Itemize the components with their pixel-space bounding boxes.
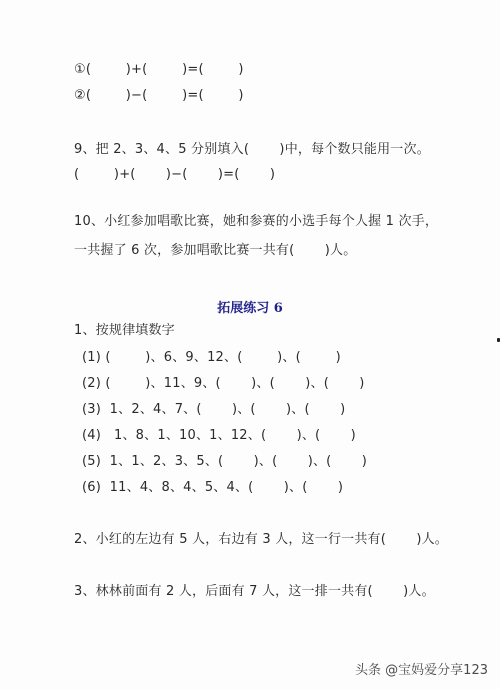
q8-subquestion-1: ①( )+( )=( )	[74, 62, 244, 78]
ex1-heading: 1、按规律填数字	[74, 323, 175, 339]
q9-equation: ( )+( )−( )=( )	[74, 167, 275, 183]
ex1-item-4: (4) 1、8、1、10、1、12、( )、( )	[82, 428, 356, 444]
watermark: 头条 @宝妈爱分享123	[355, 659, 488, 678]
q8-subquestion-2: ②( )−( )=( )	[74, 88, 244, 104]
ex1-item-3: (3) 1、2、4、7、( )、( )、( )	[82, 402, 345, 418]
section-title: 拓展练习 6	[0, 297, 500, 316]
q9-text: 9、把 2、3、4、5 分别填入( )中，每个数只能用一次。	[74, 142, 430, 158]
q10-line-2: 一共握了 6 次，参加唱歌比赛一共有( )人。	[74, 243, 356, 259]
ex1-item-6: (6) 11、4、8、4、5、4、( )、( )	[82, 480, 343, 496]
ex2-question: 2、小红的左边有 5 人，右边有 3 人，这一行一共有( )人。	[74, 532, 448, 548]
q10-line-1: 10、小红参加唱歌比赛，她和参赛的小选手每个人握 1 次手，	[74, 214, 438, 230]
ex1-item-2: (2) ( )、11、9、( )、( )、( )	[82, 376, 365, 392]
ex1-item-5: (5) 1、1、2、3、5、( )、( )、( )	[82, 454, 367, 470]
ex1-item-1: (1) ( )、6、9、12、( )、( )	[82, 350, 341, 366]
ex3-question: 3、林林前面有 2 人，后面有 7 人，这一排一共有( )人。	[74, 584, 435, 600]
